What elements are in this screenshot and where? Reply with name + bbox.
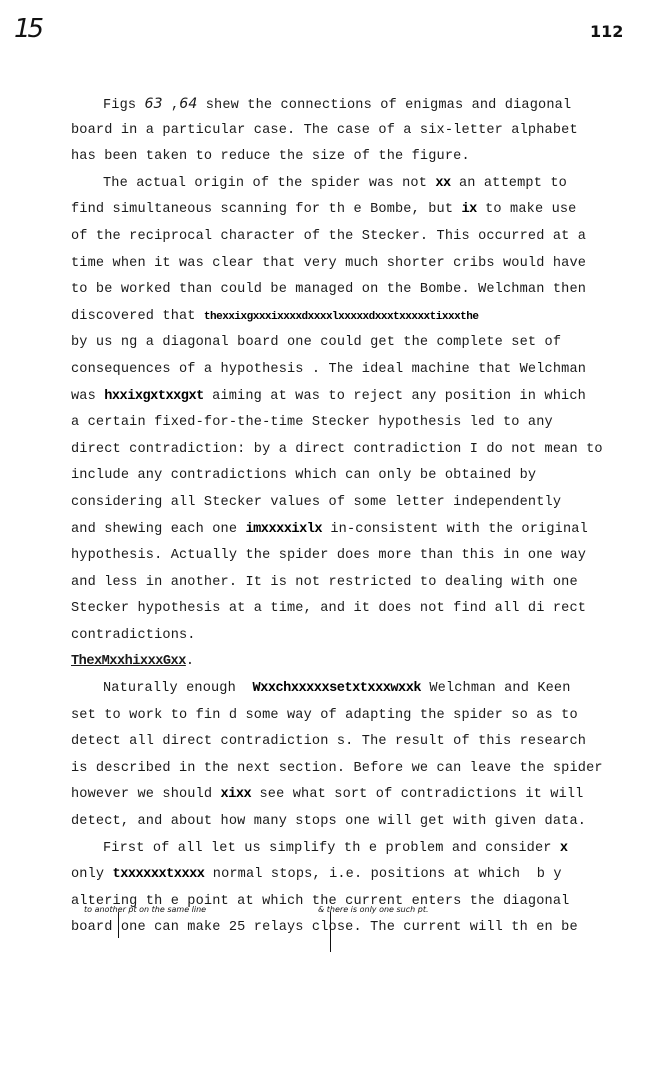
text-line: consequences of a hypothesis . The ideal…: [71, 357, 611, 384]
text-line: has been taken to reduce the size of the…: [71, 144, 611, 171]
text-line: a certain fixed-for-the-time Stecker hyp…: [71, 410, 611, 437]
line-text: Figs: [103, 98, 145, 113]
line-text: an attempt to: [451, 176, 567, 191]
text-line: by us ng a diagonal board one could get …: [71, 330, 611, 357]
line-text: The actual origin of the spider was not: [103, 176, 435, 191]
text-line: considering all Stecker values of some l…: [71, 490, 611, 517]
text-line: detect all direct contradiction s. The r…: [71, 729, 611, 756]
struck-out-text: txxxxxxtxxxx: [113, 867, 205, 882]
page-number: 112: [590, 22, 623, 41]
struck-out-text: ix: [461, 202, 476, 217]
typed-page-body: Figs 63 ,64 shew the connections of enig…: [71, 91, 611, 942]
text-line: to be worked than could be managed on th…: [71, 277, 611, 304]
text-line: board one can make 25 relays close. The …: [71, 915, 611, 942]
line-text: ,: [163, 98, 180, 113]
text-line: hypothesis. Actually the spider does mor…: [71, 543, 611, 570]
handwritten-fig-number: 63: [145, 96, 163, 112]
handwritten-annotation: to another pt on the same line: [84, 905, 206, 914]
line-text: normal stops, i.e. positions at which b …: [204, 867, 561, 882]
line-text: find simultaneous scanning for th e Bomb…: [71, 202, 461, 217]
text-line: Figs 63 ,64 shew the connections of enig…: [71, 91, 611, 118]
text-line: board in a particular case. The case of …: [71, 118, 611, 145]
text-line: was hxxixgxtxxgxt aiming at was to rejec…: [71, 384, 611, 411]
text-line: discovered that thexxixgxxxixxxxdxxxxlxx…: [71, 304, 611, 331]
text-line: and shewing each one imxxxxixlx in-consi…: [71, 517, 611, 544]
text-line: Naturally enough Wxxchxxxxxsetxtxxxwxxk …: [71, 676, 611, 703]
struck-out-text: xx: [435, 176, 450, 191]
struck-out-text: hxxixgxtxxgxt: [104, 389, 204, 404]
text-line: is described in the next section. Before…: [71, 756, 611, 783]
line-text: and shewing each one: [71, 522, 245, 537]
text-line: detect, and about how many stops one wil…: [71, 809, 611, 836]
handwritten-annotation: & there is only one such pt.: [318, 905, 429, 914]
line-text: First of all let us simplify th e proble…: [103, 841, 560, 856]
line-text: aiming at was to reject any position in …: [204, 389, 586, 404]
line-text: only: [71, 867, 113, 882]
text-line: First of all let us simplify th e proble…: [71, 836, 611, 863]
struck-out-text: Wxxchxxxxxsetxtxxxwxxk: [253, 681, 421, 696]
text-line: contradictions.: [71, 623, 611, 650]
text-line: find simultaneous scanning for th e Bomb…: [71, 197, 611, 224]
text-line: Stecker hypothesis at a time, and it doe…: [71, 596, 611, 623]
line-text: shew the connections of enigmas and diag…: [197, 98, 571, 113]
text-line: however we should xixx see what sort of …: [71, 782, 611, 809]
line-text: discovered that: [71, 309, 204, 324]
line-text: in-consistent with the original: [322, 522, 588, 537]
line-text: see what sort of contradictions it will: [251, 787, 583, 802]
line-text: to make use: [477, 202, 577, 217]
line-text: Welchman and Keen: [421, 681, 571, 696]
insertion-caret-mark: [118, 912, 119, 938]
text-line: of the reciprocal character of the Steck…: [71, 224, 611, 251]
struck-heading: ThexMxxhixxxGxx.: [71, 649, 611, 676]
text-line: and less in another. It is not restricte…: [71, 570, 611, 597]
line-text: however we should: [71, 787, 221, 802]
text-line: time when it was clear that very much sh…: [71, 251, 611, 278]
line-text: Naturally enough: [103, 681, 253, 696]
text-line: direct contradiction: by a direct contra…: [71, 437, 611, 464]
struck-out-text: xixx: [221, 787, 252, 802]
text-line: set to work to fin d some way of adaptin…: [71, 703, 611, 730]
line-text: was: [71, 389, 104, 404]
insertion-caret-mark: [330, 912, 331, 952]
struck-out-heading-text: ThexMxxhixxxGxx: [71, 654, 186, 669]
struck-out-text: imxxxxixlx: [245, 522, 322, 537]
text-line: The actual origin of the spider was not …: [71, 171, 611, 198]
struck-out-text: x: [560, 841, 568, 856]
text-line: include any contradictions which can onl…: [71, 463, 611, 490]
handwritten-fig-number: 64: [179, 96, 197, 112]
text-line: only txxxxxxtxxxx normal stops, i.e. pos…: [71, 862, 611, 889]
heading-punctuation: .: [186, 654, 194, 669]
struck-out-text: thexxixgxxxixxxxdxxxxlxxxxxdxxxtxxxxxtix…: [204, 311, 479, 323]
corner-handwritten-mark: 15: [14, 14, 41, 44]
